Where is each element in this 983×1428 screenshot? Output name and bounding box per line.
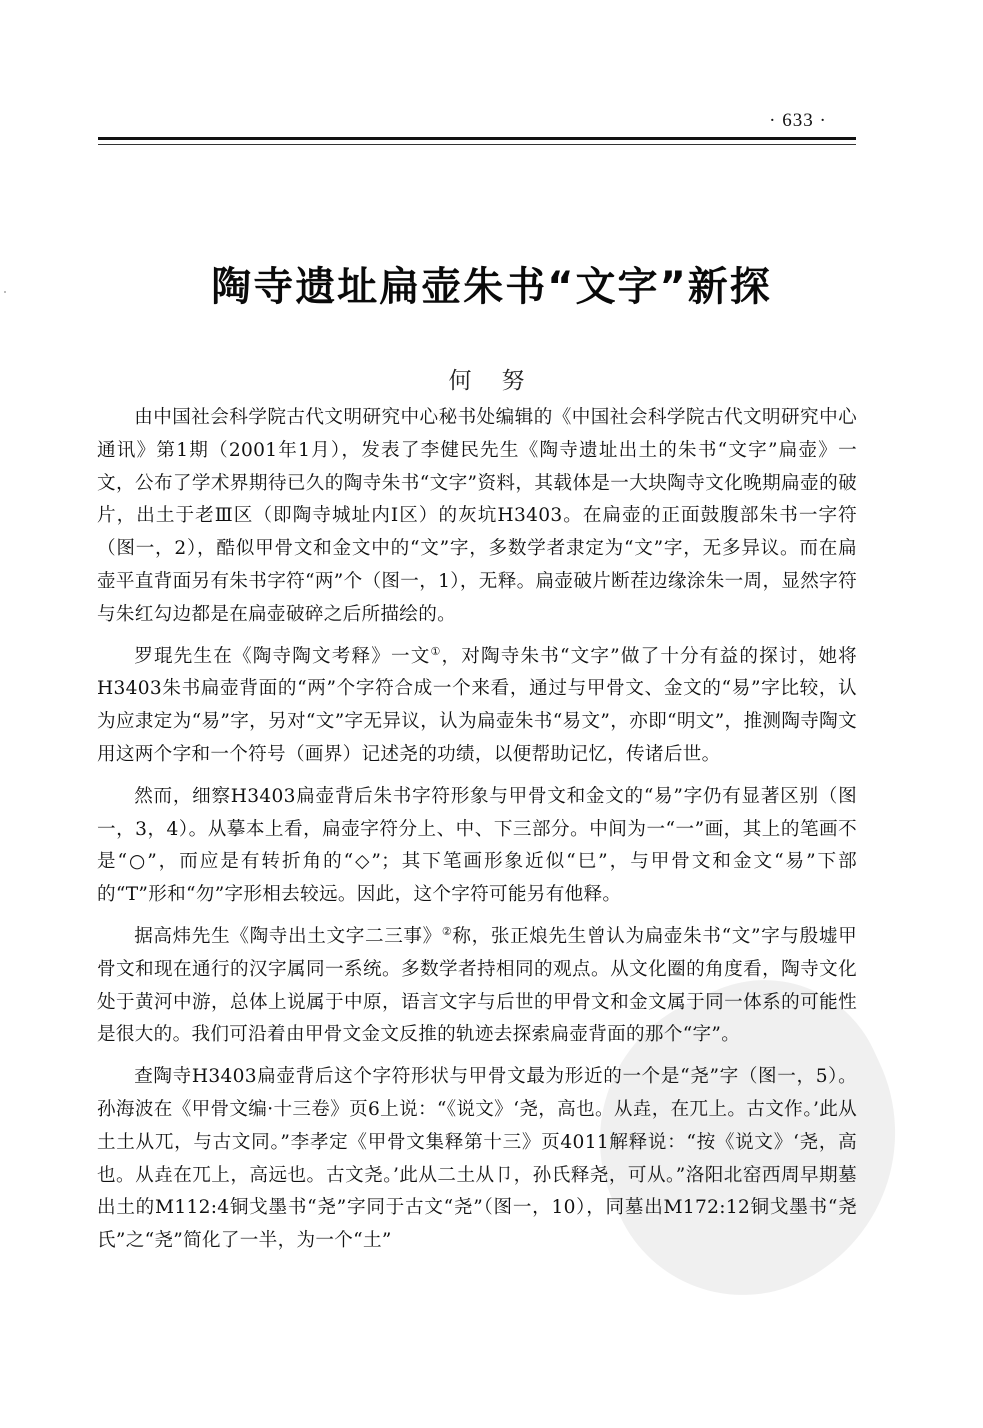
article-author: 何努: [0, 362, 983, 395]
header-rule-thin: [98, 144, 856, 145]
paragraph-5: 查陶寺H3403扁壶背后这个字符形状与甲骨文最为形近的一个是“尧”字（图一，5）…: [97, 1061, 857, 1258]
header-rule-thick: [98, 137, 856, 140]
paragraph-1: 由中国社会科学院古代文明研究中心秘书处编辑的《中国社会科学院古代文明研究中心通讯…: [97, 402, 857, 632]
paragraph-2: 罗琨先生在《陶寺陶文考释》一文①，对陶寺朱书“文字”做了十分有益的探讨，她将H3…: [97, 641, 857, 772]
footnote-ref-1[interactable]: ①: [430, 644, 441, 657]
article-body: 由中国社会科学院古代文明研究中心秘书处编辑的《中国社会科学院古代文明研究中心通讯…: [97, 402, 857, 1267]
paragraph-4: 据高炜先生《陶寺出土文字二三事》②称，张正烺先生曾认为扁壶朱书“文”字与殷墟甲骨…: [97, 921, 857, 1052]
paragraph-2-text-a: 罗琨先生在《陶寺陶文考释》一文: [134, 646, 430, 667]
article-title: 陶寺遗址扁壶朱书“文字”新探: [0, 255, 983, 312]
page-number: · 633 ·: [758, 110, 838, 132]
footnote-ref-2[interactable]: ②: [442, 925, 453, 938]
paragraph-3: 然而，细察H3403扁壶背后朱书字符形象与甲骨文和金文的“易”字仍有显著区别（图…: [97, 781, 857, 912]
paragraph-4-text-a: 据高炜先生《陶寺出土文字二三事》: [134, 926, 442, 947]
